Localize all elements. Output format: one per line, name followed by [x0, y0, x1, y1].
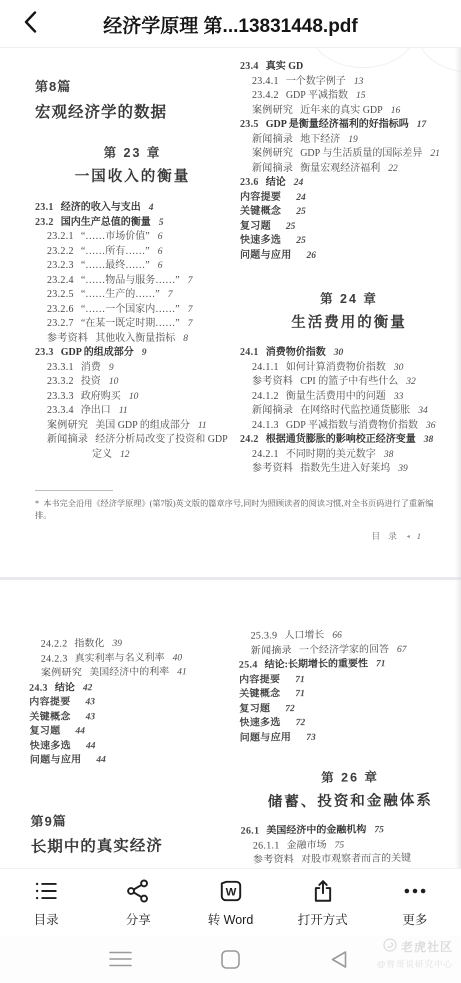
- page-footer: 目 录 ◂ 1: [372, 530, 421, 542]
- toc-entry: 23.3.1消费9: [35, 361, 230, 376]
- toc-entry: 关键概念25: [240, 205, 458, 220]
- pdf-page-1: 第8篇 宏观经济学的数据 第 23 章 一国收入的衡量 23.1经济的收入与支出…: [0, 48, 461, 577]
- recents-icon[interactable]: [109, 935, 132, 983]
- footer-label: 目 录: [372, 530, 400, 542]
- chevron-left-icon: [24, 11, 37, 38]
- home-icon[interactable]: [221, 935, 240, 983]
- toc-entry: 案例研究美国 GDP 的组成部分11: [35, 419, 230, 434]
- footnote-text: 本书完全沿用《经济学原理》(第7版)英文版的篇章序号,同时为照顾读者的阅读习惯,…: [35, 499, 433, 520]
- toc-list-p2-right-top: 25.3.9人口增长66 新闻摘录一个经济学家的回答67 25.4结论:长期增长…: [239, 627, 460, 745]
- toolbar-item-word-convert[interactable]: W 转 Word: [184, 869, 276, 935]
- toc-entry: 新闻摘录衡量宏观经济福利22: [240, 162, 458, 177]
- android-nav-bar: [0, 935, 461, 983]
- toc-entry: 24.1.3GDP 平减指数与消费物价指数36: [240, 419, 458, 434]
- toc-entry: 新闻摘录地下经济19: [240, 133, 458, 148]
- toolbar-label: 分享: [126, 910, 151, 928]
- toc-entry: 复习题25: [240, 220, 458, 235]
- footnote: * 本书完全沿用《经济学原理》(第7版)英文版的篇章序号,同时为照顾读者的阅读习…: [35, 498, 443, 521]
- toc-entry: 23.5GDP 是衡量经济福利的好指标吗17: [240, 118, 458, 133]
- toc-entry: 23.2.1“……市场价值”6: [35, 230, 230, 245]
- toc-entry: 参考资料CPI 的篮子中有些什么32: [240, 375, 458, 390]
- toolbar-label: 转 Word: [208, 910, 254, 928]
- toc-entry: 23.3.4净出口11: [35, 404, 230, 419]
- toc-entry: 参考资料指数先生进入好莱坞39: [240, 462, 458, 477]
- part-title: 宏观经济学的数据: [35, 100, 230, 122]
- toc-entry: 23.4.2GDP 平减指数15: [240, 89, 458, 104]
- toc-entry: 23.2.4“……物品与服务……”7: [35, 274, 230, 289]
- toc-entry: 24.1.2衡量生活费用中的问题33: [240, 390, 458, 405]
- chapter-title: 储蓄、投资和金融体系: [240, 788, 460, 811]
- footer-marker-icon: ◂: [407, 533, 410, 540]
- share-icon: [125, 878, 151, 904]
- toc-entry: 23.4.1一个数字例子13: [240, 75, 458, 90]
- toolbar-label: 打开方式: [298, 910, 348, 928]
- toolbar-label: 更多: [402, 910, 427, 928]
- footnote-marker: *: [35, 499, 39, 508]
- chapter-number: 第 26 章: [240, 766, 460, 786]
- top-bar: 经济学原理 第...13831448.pdf: [0, 0, 461, 48]
- toc-list-p1-left: 23.1经济的收入与支出4 23.2国内生产总值的衡量5 23.2.1“……市场…: [35, 201, 230, 462]
- toolbar-item-open-with[interactable]: 打开方式: [277, 869, 369, 935]
- toc-entry: 23.3GDP 的组成部分9: [35, 346, 230, 361]
- toc-entry: 新闻摘录在网络时代监控通货膨胀34: [240, 404, 458, 419]
- toc-entry: 问题与应用73: [240, 729, 460, 746]
- toc-entry: 24.2.1不同时期的美元数字38: [240, 448, 458, 463]
- toc-entry: 23.2.3“……最终……”6: [35, 259, 230, 274]
- chapter-title: 生活费用的衡量: [240, 311, 458, 332]
- toc-list-p1-right-bottom: 24.1消费物价指数30 24.1.1如何计算消费物价指数30 参考资料CPI …: [240, 346, 458, 477]
- footnote-rule: [35, 490, 113, 491]
- toolbar-label: 目录: [34, 910, 59, 928]
- toolbar-item-share[interactable]: 分享: [92, 869, 184, 935]
- footer-page-number: 1: [417, 531, 421, 541]
- page-edge-shadow: [455, 48, 461, 868]
- toc-entry: 23.1经济的收入与支出4: [35, 201, 230, 216]
- toc-icon: [33, 878, 59, 904]
- back-button[interactable]: [16, 10, 44, 38]
- document-title: 经济学原理 第...13831448.pdf: [50, 0, 411, 48]
- open-with-icon: [310, 878, 336, 904]
- toc-entry: 问题与应用44: [30, 752, 230, 769]
- pdf-reader-app: 经济学原理 第...13831448.pdf 第8篇 宏观经济学的数据 第 23…: [0, 0, 461, 983]
- toc-entry: 24.1消费物价指数30: [240, 346, 458, 361]
- toc-entry: 23.2.5“……生产的……”7: [35, 288, 230, 303]
- toc-entry: 24.1.1如何计算消费物价指数30: [240, 361, 458, 376]
- part-title: 长期中的真实经济: [31, 832, 231, 856]
- toc-entry: 23.2.2“……所有……”6: [35, 245, 230, 260]
- toc-list-p2-right-bottom: 26.1美国经济中的金融机构75 26.1.1金融市场75 参考资料对股市观察者…: [241, 822, 461, 868]
- chapter-title: 一国收入的衡量: [35, 165, 230, 186]
- part-number: 第8篇: [35, 76, 230, 95]
- toc-entry: 23.2.7“在某一既定时期……”7: [35, 317, 230, 332]
- svg-text:W: W: [225, 887, 236, 899]
- toc-entry: 案例研究GDP 与生活质量的国际差异21: [240, 147, 458, 162]
- action-toolbar: 目录 分享 W 转 Word: [0, 868, 461, 935]
- back-triangle-icon[interactable]: [330, 935, 347, 983]
- toc-entry: 23.6结论24: [240, 176, 458, 191]
- toc-list-p2-left: 24.2.2指数化39 24.2.3真实利率与名义利率40 案例研究美国经济中的…: [29, 636, 230, 769]
- part-number: 第9篇: [30, 808, 230, 829]
- toc-entry: 23.2国内生产总值的衡量5: [35, 216, 230, 231]
- chapter-number: 第 24 章: [240, 289, 458, 307]
- pdf-page-2: 24.2.2指数化39 24.2.3真实利率与名义利率40 案例研究美国经济中的…: [0, 575, 461, 868]
- chapter-number: 第 23 章: [35, 143, 230, 161]
- toc-entry: 参考资料其他收入衡量指标8: [35, 332, 230, 347]
- word-convert-icon: W: [218, 878, 244, 904]
- toc-entry: 24.2根据通货膨胀的影响校正经济变量38: [240, 433, 458, 448]
- page-separator: [0, 577, 461, 580]
- more-icon: [402, 878, 428, 904]
- toc-list-p1-right-top: 23.4真实 GD 23.4.1一个数字例子13 23.4.2GDP 平减指数1…: [240, 60, 458, 263]
- toc-entry: 23.3.2投资10: [35, 375, 230, 390]
- toc-entry: 快速多选25: [240, 234, 458, 249]
- pdf-viewport[interactable]: 第8篇 宏观经济学的数据 第 23 章 一国收入的衡量 23.1经济的收入与支出…: [0, 48, 461, 868]
- toc-entry: 23.2.6“……一个国家内……”7: [35, 303, 230, 318]
- toc-entry: 23.3.3政府购买10: [35, 390, 230, 405]
- toolbar-item-toc[interactable]: 目录: [0, 869, 92, 935]
- toc-entry: 参考资料对股市观察者而言的关键: [241, 851, 461, 868]
- toc-entry: 内容提要24: [240, 191, 458, 206]
- toc-entry: 问题与应用26: [240, 249, 458, 264]
- toc-entry: 新闻摘录经济分析局改变了投资和 GDP 的: [35, 433, 230, 448]
- toc-entry: 定义12: [35, 448, 230, 463]
- toolbar-item-more[interactable]: 更多: [369, 869, 461, 935]
- toc-entry: 案例研究近年来的真实 GDP16: [240, 104, 458, 119]
